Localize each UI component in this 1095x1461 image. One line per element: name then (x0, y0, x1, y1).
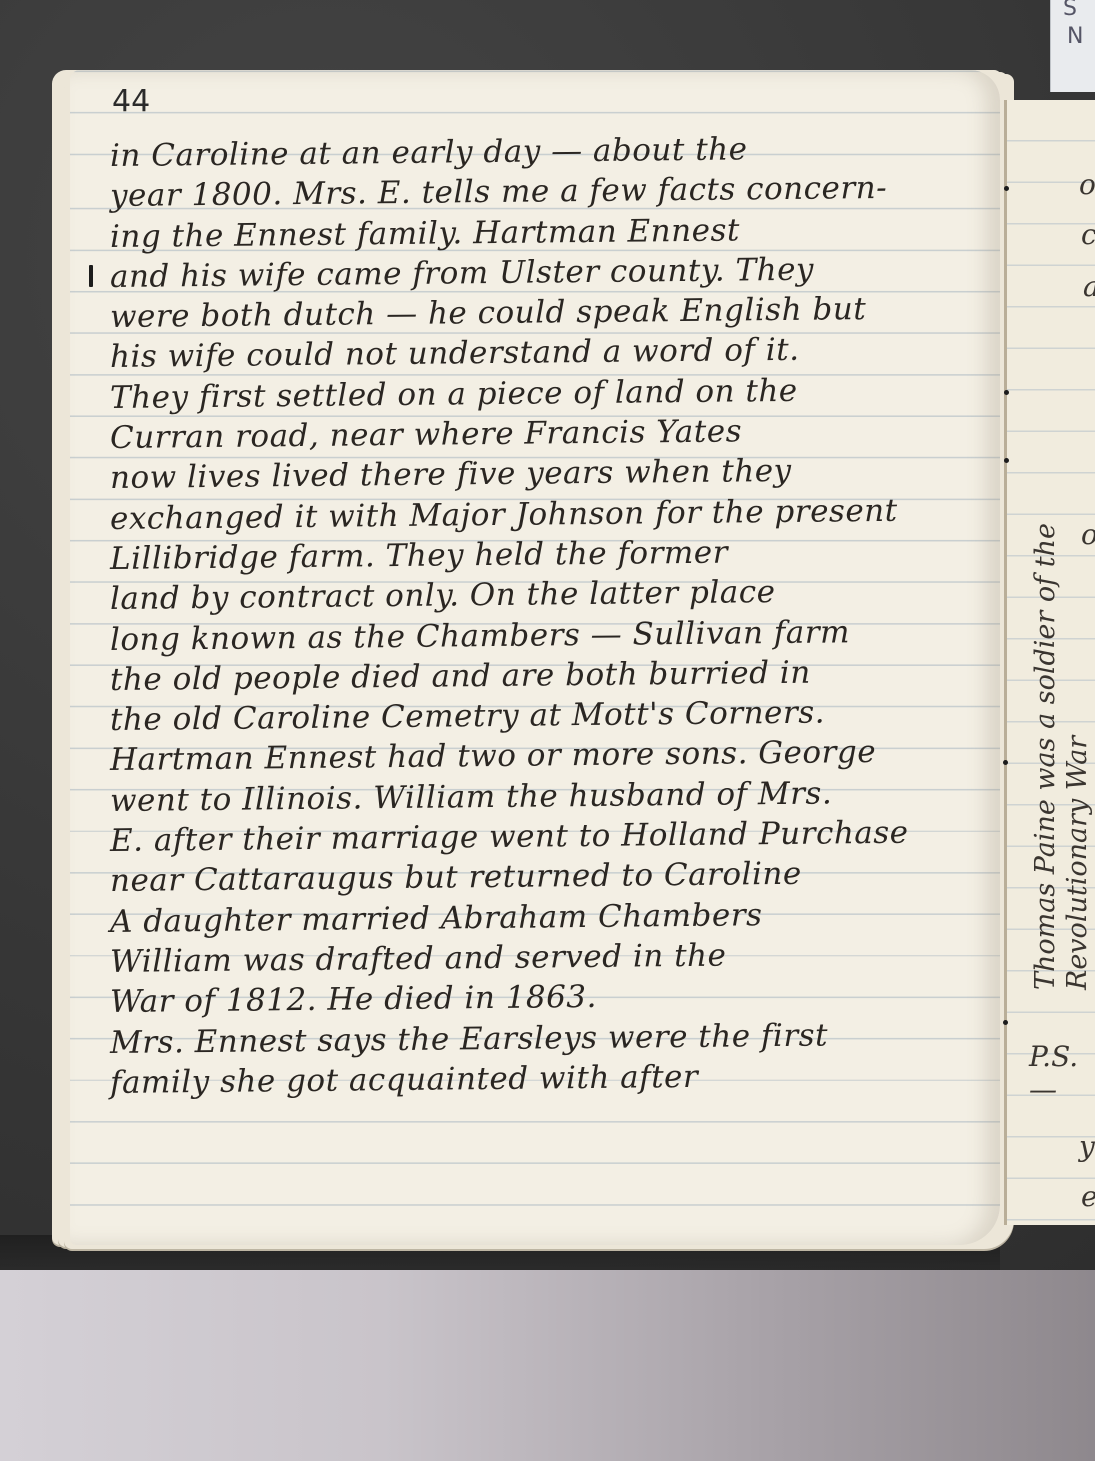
binding-stitch (1004, 390, 1009, 395)
margin-fragment: o (1079, 168, 1095, 201)
text-line: family she got acquainted with after (110, 1054, 990, 1104)
sticky-note-fragment: N (1067, 24, 1083, 49)
page-number: 44 (112, 84, 150, 119)
vertical-margin-note: Revolutionary War (1062, 736, 1093, 990)
binding-stitch (1003, 1020, 1008, 1025)
handwritten-text-block: in Caroline at an early day — about the … (110, 136, 990, 1103)
sticky-note-fragment: S (1063, 0, 1077, 21)
margin-fragment: o (1081, 518, 1095, 551)
margin-fragment: c (1081, 218, 1095, 251)
sticky-note: S N (1050, 0, 1095, 92)
table-surface (0, 1270, 1095, 1461)
binding-stitch (1004, 186, 1009, 191)
postscript-label: P.S.— (1029, 1040, 1095, 1106)
margin-fragment: a (1083, 270, 1095, 303)
margin-mark (89, 265, 93, 287)
binding-stitch (1003, 760, 1008, 765)
margin-fragment: e (1081, 1180, 1095, 1213)
vertical-margin-note: Thomas Paine was a soldier of the (1030, 523, 1061, 990)
binding-stitch (1004, 458, 1009, 463)
margin-fragment: y (1079, 1130, 1095, 1163)
